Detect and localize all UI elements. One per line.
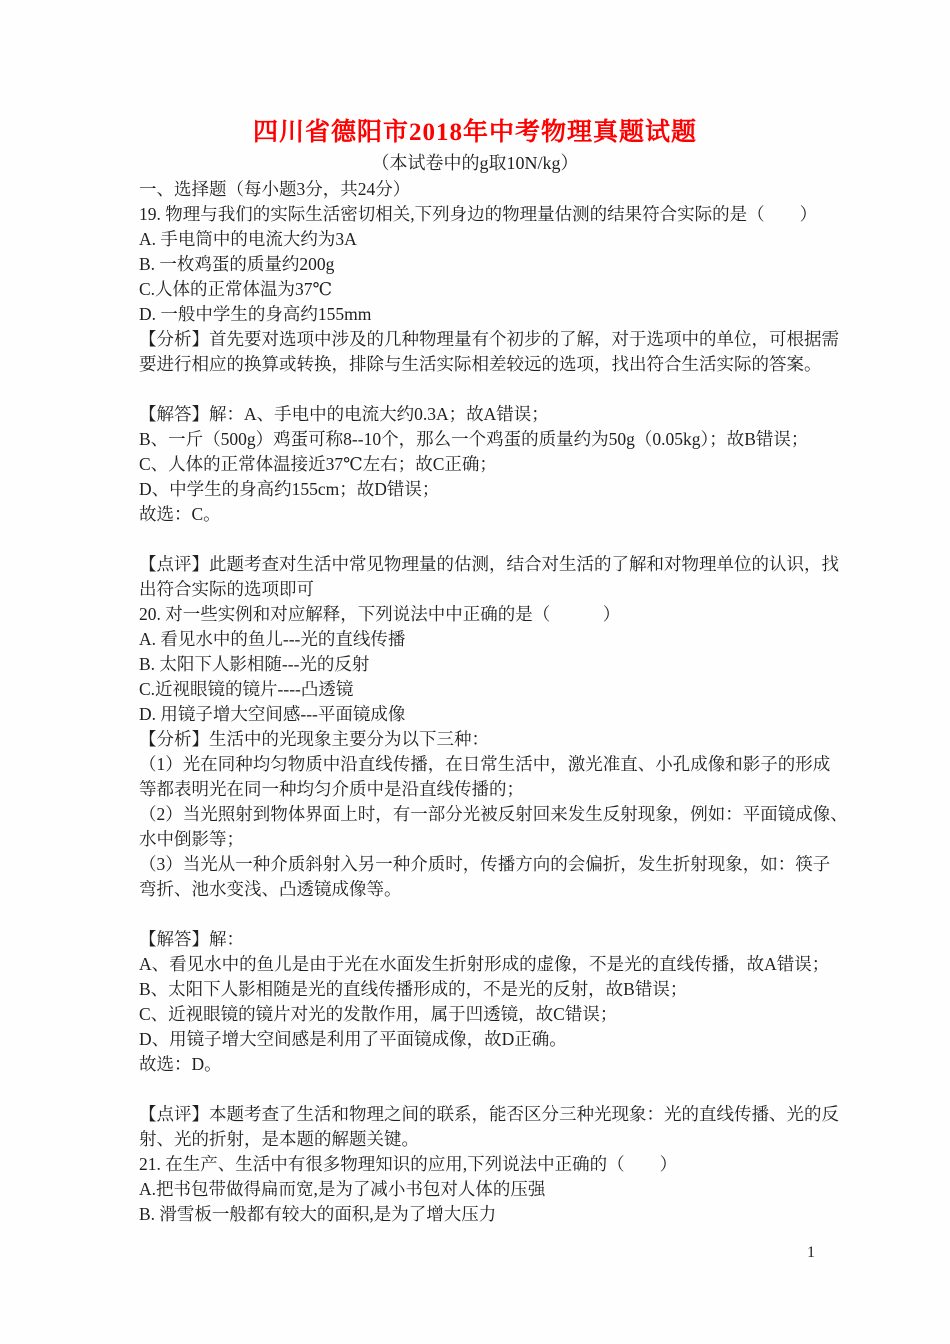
text-line: C、近视眼镜的镜片对光的发散作用，属于凹透镜，故C错误； (139, 1002, 839, 1027)
text-line: C.近视眼镜的镜片----凸透镜 (139, 677, 839, 702)
blank-line (139, 377, 839, 402)
text-line: B. 太阳下人影相随---光的反射 (139, 652, 839, 677)
text-line: B、太阳下人影相随是光的直线传播形成的，不是光的反射，故B错误； (139, 977, 839, 1002)
blank-line (139, 1077, 839, 1102)
text-line: 射、光的折射，是本题的解题关键。 (139, 1127, 839, 1152)
text-line: C.人体的正常体温为37℃ (139, 277, 839, 302)
text-line: （2）当光照射到物体界面上时，有一部分光被反射回来发生反射现象，例如：平面镜成像… (139, 802, 839, 827)
page-title: 四川省德阳市2018年中考物理真题试题 (0, 117, 950, 149)
text-line: D. 用镜子增大空间感---平面镜成像 (139, 702, 839, 727)
text-line: D、用镜子增大空间感是利用了平面镜成像，故D正确。 (139, 1027, 839, 1052)
text-line: 【解答】解：A、手电中的电流大约0.3A；故A错误； (139, 402, 839, 427)
text-line: 弯折、池水变浅、凸透镜成像等。 (139, 877, 839, 902)
text-line: 出符合实际的选项即可 (139, 577, 839, 602)
text-line: A、看见水中的鱼儿是由于光在水面发生折射形成的虚像，不是光的直线传播，故A错误； (139, 952, 839, 977)
text-line: D、中学生的身高约155cm；故D错误； (139, 477, 839, 502)
text-line: A.把书包带做得扁而宽,是为了减小书包对人体的压强 (139, 1177, 839, 1202)
page-subtitle: （本试卷中的g取10N/kg） (0, 151, 950, 176)
text-line: B. 一枚鸡蛋的质量约200g (139, 252, 839, 277)
text-line: 【点评】本题考查了生活和物理之间的联系，能否区分三种光现象：光的直线传播、光的反 (139, 1102, 839, 1127)
text-line: （3）当光从一种介质斜射入另一种介质时，传播方向的会偏折，发生折射现象，如：筷子 (139, 852, 839, 877)
text-line: 一、选择题（每小题3分，共24分） (139, 177, 839, 202)
document-body: 一、选择题（每小题3分，共24分）19. 物理与我们的实际生活密切相关,下列身边… (139, 177, 839, 1227)
text-line: 20. 对一些实例和对应解释，下列说法中中正确的是（ ） (139, 602, 839, 627)
text-line: 【分析】生活中的光现象主要分为以下三种： (139, 727, 839, 752)
text-line: 故选：D。 (139, 1052, 839, 1077)
text-line: B. 滑雪板一般都有较大的面积,是为了增大压力 (139, 1202, 839, 1227)
text-line: 21. 在生产、生活中有很多物理知识的应用,下列说法中正确的（ ） (139, 1152, 839, 1177)
text-line: 【点评】此题考查对生活中常见物理量的估测，结合对生活的了解和对物理单位的认识，找 (139, 552, 839, 577)
text-line: C、人体的正常体温接近37℃左右；故C正确； (139, 452, 839, 477)
text-line: 等都表明光在同一种均匀介质中是沿直线传播的； (139, 777, 839, 802)
page-number: 1 (675, 1242, 815, 1264)
blank-line (139, 527, 839, 552)
text-line: A. 看见水中的鱼儿---光的直线传播 (139, 627, 839, 652)
text-line: D. 一般中学生的身高约155mm (139, 302, 839, 327)
exam-document-page: 四川省德阳市2018年中考物理真题试题 （本试卷中的g取10N/kg） 一、选择… (0, 0, 950, 1344)
text-line: 故选：C。 (139, 502, 839, 527)
text-line: （1）光在同种均匀物质中沿直线传播，在日常生活中，激光准直、小孔成像和影子的形成 (139, 752, 839, 777)
text-line: 【解答】解： (139, 927, 839, 952)
text-line: 要进行相应的换算或转换，排除与生活实际相差较远的选项，找出符合生活实际的答案。 (139, 352, 839, 377)
text-line: B、一斤（500g）鸡蛋可称8--10个，那么一个鸡蛋的质量约为50g（0.05… (139, 427, 839, 452)
text-line: 【分析】首先要对选项中涉及的几种物理量有个初步的了解，对于选项中的单位，可根据需 (139, 327, 839, 352)
blank-line (139, 902, 839, 927)
text-line: 水中倒影等； (139, 827, 839, 852)
text-line: A. 手电筒中的电流大约为3A (139, 227, 839, 252)
text-line: 19. 物理与我们的实际生活密切相关,下列身边的物理量估测的结果符合实际的是（ … (139, 202, 839, 227)
